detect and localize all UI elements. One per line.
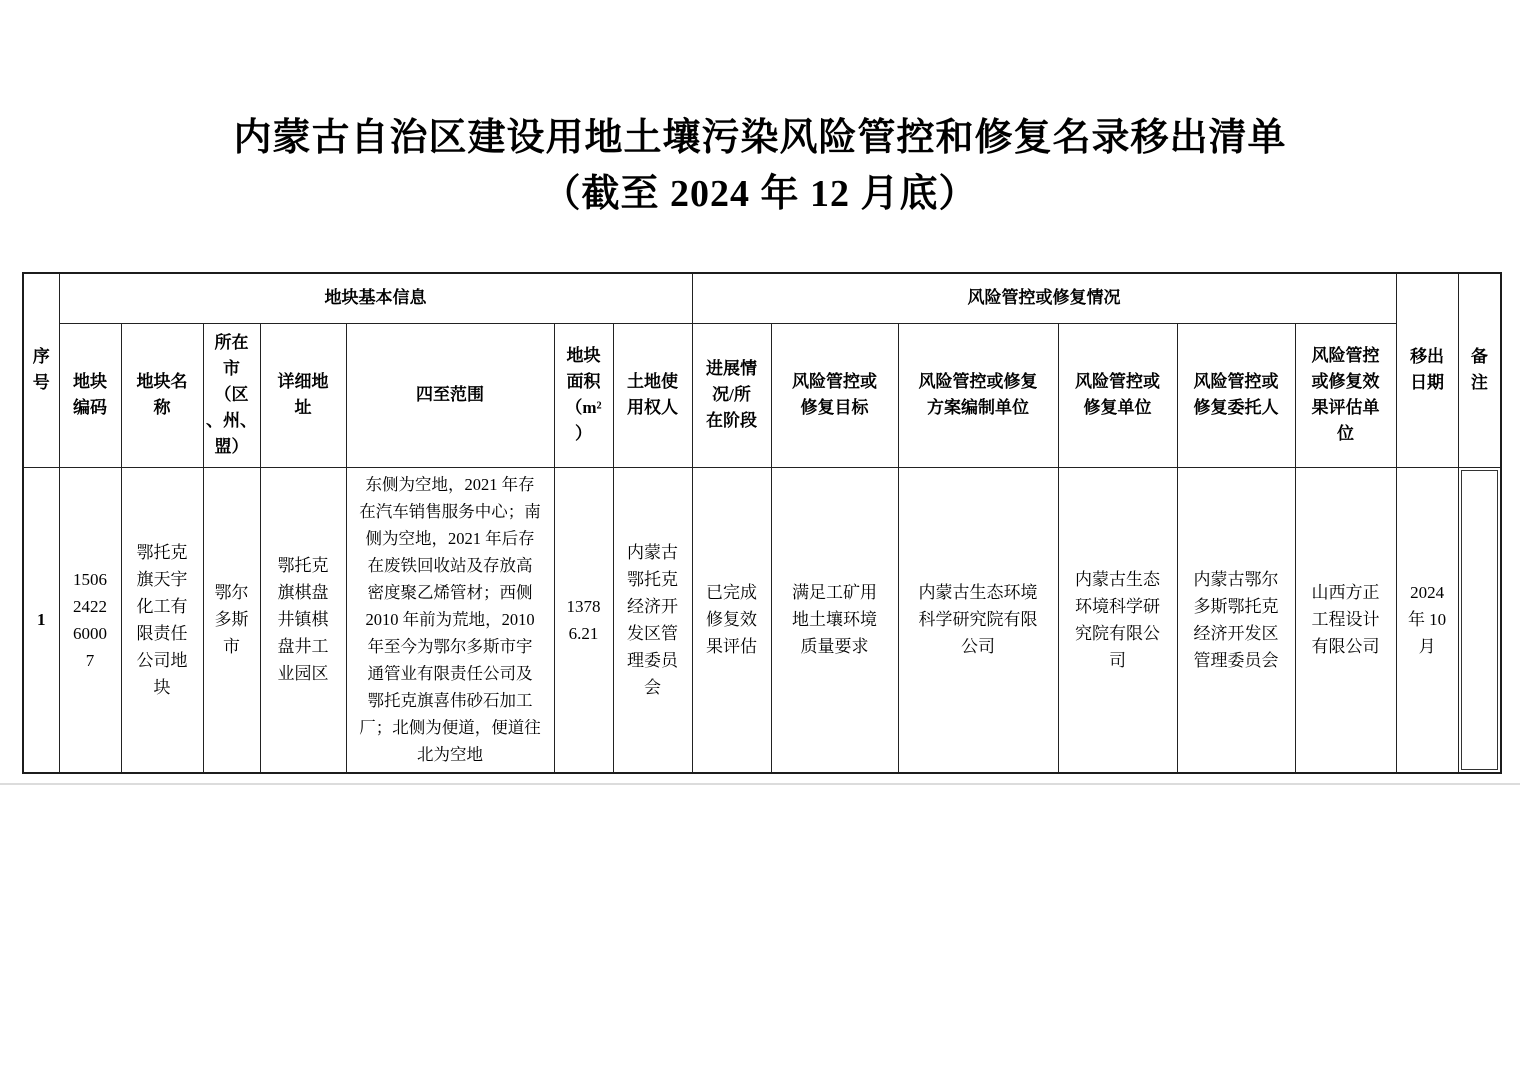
col-header-land-user: 土地使 用权人: [613, 323, 692, 467]
col-header-area: 地块 面积 （m² ）: [554, 323, 613, 467]
table-row: 1 1506 2422 6000 7 鄂托克 旗天宇 化工有 限责任 公司地 块…: [23, 467, 1501, 773]
cell-assess-unit: 山西方正 工程设计 有限公司: [1295, 467, 1396, 773]
cell-area: 1378 6.21: [554, 467, 613, 773]
col-header-boundary: 四至范围: [346, 323, 554, 467]
group-header-row: 序 号 地块基本信息 风险管控或修复情况 移出 日期 备 注: [23, 273, 1501, 323]
col-header-remark: 备 注: [1458, 273, 1501, 467]
col-header-assess-unit: 风险管控 或修复效 果评估单 位: [1295, 323, 1396, 467]
group-header-basic-info: 地块基本信息: [59, 273, 692, 323]
cell-plan-unit: 内蒙古生态环境 科学研究院有限 公司: [898, 467, 1058, 773]
cell-repair-client: 内蒙古鄂尔 多斯鄂托克 经济开发区 管理委员会: [1177, 467, 1295, 773]
col-header-repair-unit: 风险管控或 修复单位: [1058, 323, 1177, 467]
col-header-target: 风险管控或 修复目标: [771, 323, 898, 467]
cell-land-name: 鄂托克 旗天宇 化工有 限责任 公司地 块: [121, 467, 203, 773]
cell-remark: [1458, 467, 1501, 773]
col-header-progress: 进展情 况/所 在阶段: [692, 323, 771, 467]
cell-target: 满足工矿用 地土壤环境 质量要求: [771, 467, 898, 773]
group-header-risk-control: 风险管控或修复情况: [692, 273, 1396, 323]
col-header-serial: 序 号: [23, 273, 59, 467]
col-header-plan-unit: 风险管控或修复 方案编制单位: [898, 323, 1058, 467]
sub-header-row: 地块 编码 地块名 称 所在 市 （区 、州、 盟） 详细地 址 四至范围 地块…: [23, 323, 1501, 467]
cell-land-code: 1506 2422 6000 7: [59, 467, 121, 773]
col-header-land-name: 地块名 称: [121, 323, 203, 467]
col-header-repair-client: 风险管控或 修复委托人: [1177, 323, 1295, 467]
cell-removal-date: 2024 年 10 月: [1396, 467, 1458, 773]
col-header-land-code: 地块 编码: [59, 323, 121, 467]
page-bottom-rule: [0, 783, 1520, 785]
cell-city: 鄂尔 多斯 市: [203, 467, 260, 773]
cell-land-user: 内蒙古 鄂托克 经济开 发区管 理委员 会: [613, 467, 692, 773]
cell-serial: 1: [23, 467, 59, 773]
cell-boundary: 东侧为空地，2021 年存 在汽车销售服务中心；南 侧为空地，2021 年后存 …: [346, 467, 554, 773]
col-header-city: 所在 市 （区 、州、 盟）: [203, 323, 260, 467]
cell-repair-unit: 内蒙古生态 环境科学研 究院有限公 司: [1058, 467, 1177, 773]
document-title: 内蒙古自治区建设用地土壤污染风险管控和修复名录移出清单 （截至 2024 年 1…: [0, 110, 1520, 222]
col-header-address: 详细地 址: [260, 323, 346, 467]
document-title-line1: 内蒙古自治区建设用地土壤污染风险管控和修复名录移出清单: [0, 110, 1520, 166]
cell-address: 鄂托克 旗棋盘 井镇棋 盘井工 业园区: [260, 467, 346, 773]
document-title-line2: （截至 2024 年 12 月底）: [0, 166, 1520, 222]
removal-list-table: 序 号 地块基本信息 风险管控或修复情况 移出 日期 备 注 地块 编码 地块名…: [22, 272, 1502, 774]
cell-progress: 已完成 修复效 果评估: [692, 467, 771, 773]
col-header-removal-date: 移出 日期: [1396, 273, 1458, 467]
